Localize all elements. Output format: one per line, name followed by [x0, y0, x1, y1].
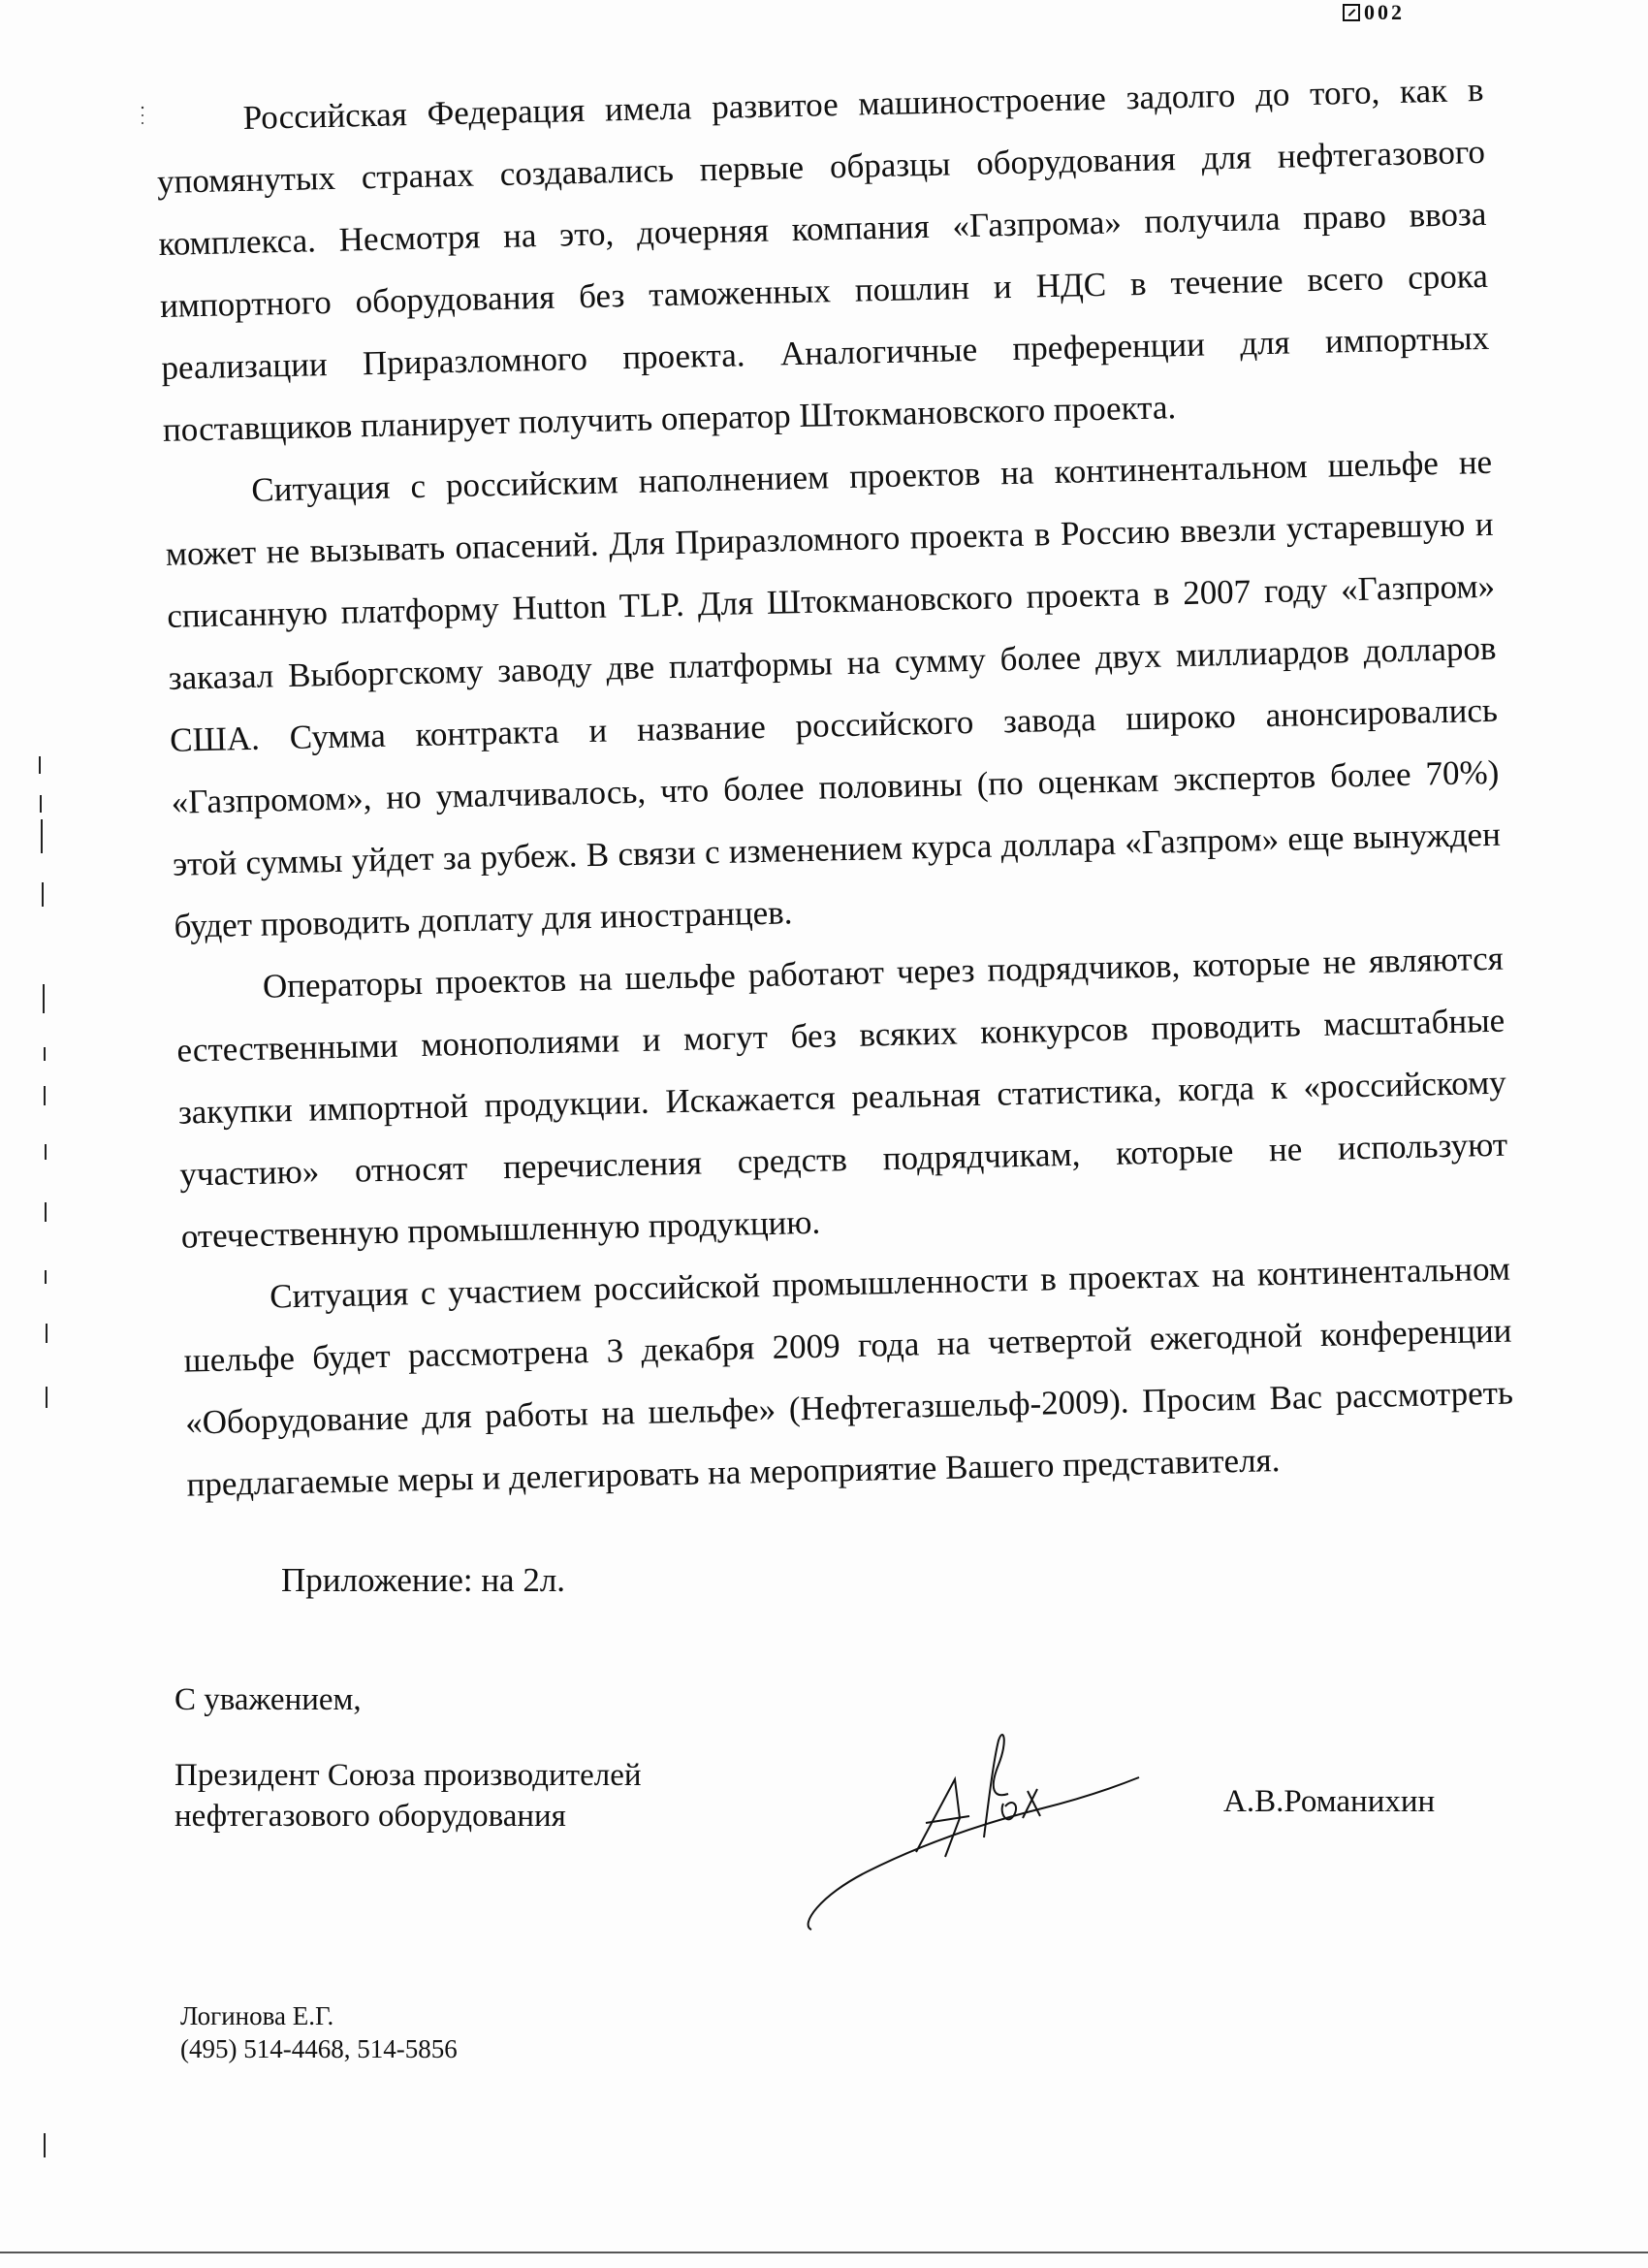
letter-body: Российская Федерация имела развитое маши…	[155, 59, 1515, 1517]
executor-phones: (495) 514-4468, 514-5856	[180, 2032, 458, 2065]
scan-margin-marks	[39, 756, 58, 2153]
executor-name: Логинова Е.Г.	[180, 1999, 458, 2032]
paragraph-1: Российская Федерация имела развитое маши…	[155, 59, 1491, 462]
closing-phrase: С уважением,	[174, 1682, 362, 1718]
signature-icon	[790, 1721, 1236, 1954]
annex-note: Приложение: на 2л.	[281, 1561, 565, 1600]
paragraph-3: Операторы проектов на шельфе работают че…	[174, 928, 1509, 1268]
signer-title: Президент Союза производителей нефтегазо…	[174, 1755, 642, 1837]
scan-speck-icon	[141, 105, 144, 126]
paragraph-2: Ситуация с российским наполнением проект…	[164, 431, 1503, 958]
fax-page-mark: 002	[1343, 0, 1405, 25]
page-bottom-edge	[0, 2252, 1648, 2253]
signer-title-line-1: Президент Союза производителей	[174, 1755, 642, 1796]
signer-title-line-2: нефтегазового оборудования	[174, 1796, 642, 1837]
fax-page-icon	[1343, 4, 1360, 21]
fax-page-number: 002	[1364, 0, 1405, 25]
document-page: 002 Российская Федерация имела развитое …	[0, 0, 1648, 2268]
contact-block: Логинова Е.Г. (495) 514-4468, 514-5856	[180, 1999, 458, 2065]
paragraph-4: Ситуация с участием российской промышлен…	[182, 1238, 1515, 1517]
signer-name: А.В.Романихин	[1223, 1784, 1435, 1820]
